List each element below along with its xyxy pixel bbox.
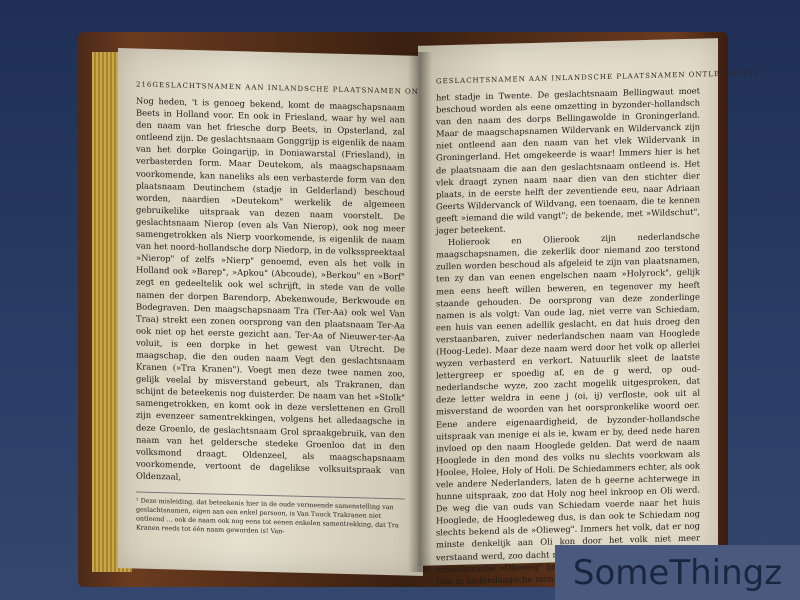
right-header-title: GESLACHTSNAMEN AAN INLANDSCHE PLAATSNAME… [436, 69, 743, 85]
left-page-number: 216 [136, 80, 152, 88]
open-book: 216 GESLACHTSNAMEN AAN INLANDSCHE PLAATS… [78, 12, 728, 587]
watermark-banner: SomeThingz [555, 545, 800, 600]
left-page-body: Nog heden, 't is genoeg bekend, komt de … [136, 94, 405, 488]
book-gutter-shadow [408, 52, 432, 572]
left-paragraph: Nog heden, 't is genoeg bekend, komt de … [136, 94, 405, 488]
left-running-header: 216 GESLACHTSNAMEN AAN INLANDSCHE PLAATS… [136, 80, 405, 95]
right-page: GESLACHTSNAMEN AAN INLANDSCHE PLAATSNAME… [418, 38, 718, 566]
right-page-body: het stadje in Twente. De geslachtsnaam B… [436, 85, 700, 588]
left-footnote: ¹ Deze misleiding, dat beteekenis hier i… [136, 491, 405, 539]
watermark-text: SomeThingz [573, 553, 782, 593]
right-running-header: GESLACHTSNAMEN AAN INLANDSCHE PLAATSNAME… [436, 71, 700, 86]
right-paragraph: het stadje in Twente. De geslachtsnaam B… [436, 85, 700, 237]
right-page-number: 217 [743, 69, 759, 77]
right-paragraph: Holierook en Olierook zijn nederlandsche… [436, 230, 700, 588]
left-page: 216 GESLACHTSNAMEN AAN INLANDSCHE PLAATS… [118, 48, 423, 576]
